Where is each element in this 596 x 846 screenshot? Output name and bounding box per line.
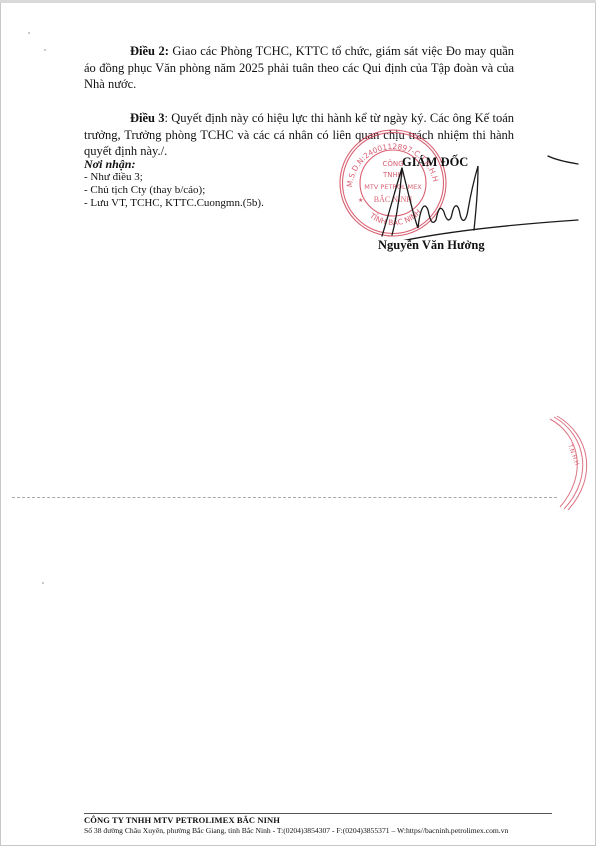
article-2-label: Điều 2: (130, 44, 169, 58)
seal-edge-text: T.N.H.H (566, 442, 580, 466)
footer-address: Số 38 đường Châu Xuyên, phường Bắc Giang… (84, 826, 508, 835)
signer-name: Nguyễn Văn Hưởng (378, 238, 485, 253)
recipients-block: Nơi nhận: - Như điều 3; - Chủ tịch Cty (… (84, 158, 264, 210)
scan-speck (44, 49, 46, 51)
page-seal-edge-icon: T.N.H.H (540, 415, 596, 510)
article-2: Điều 2: Giao các Phòng TCHC, KTTC tổ chứ… (84, 43, 514, 93)
scan-speck (42, 582, 44, 584)
article-3-label: Điều 3 (130, 111, 165, 125)
scan-speck (28, 32, 30, 34)
recipient-item: - Như điều 3; (84, 171, 264, 184)
handwritten-signature-icon (340, 140, 580, 240)
footer-divider (84, 813, 552, 814)
scan-fold-line (12, 497, 557, 498)
recipient-item: - Lưu VT, TCHC, KTTC.Cuongmn.(5b). (84, 197, 264, 210)
recipients-title: Nơi nhận: (84, 158, 264, 171)
recipient-item: - Chủ tịch Cty (thay b/cáo); (84, 184, 264, 197)
page-top-edge (0, 0, 596, 3)
footer-company: CÔNG TY TNHH MTV PETROLIMEX BẮC NINH (84, 815, 280, 825)
